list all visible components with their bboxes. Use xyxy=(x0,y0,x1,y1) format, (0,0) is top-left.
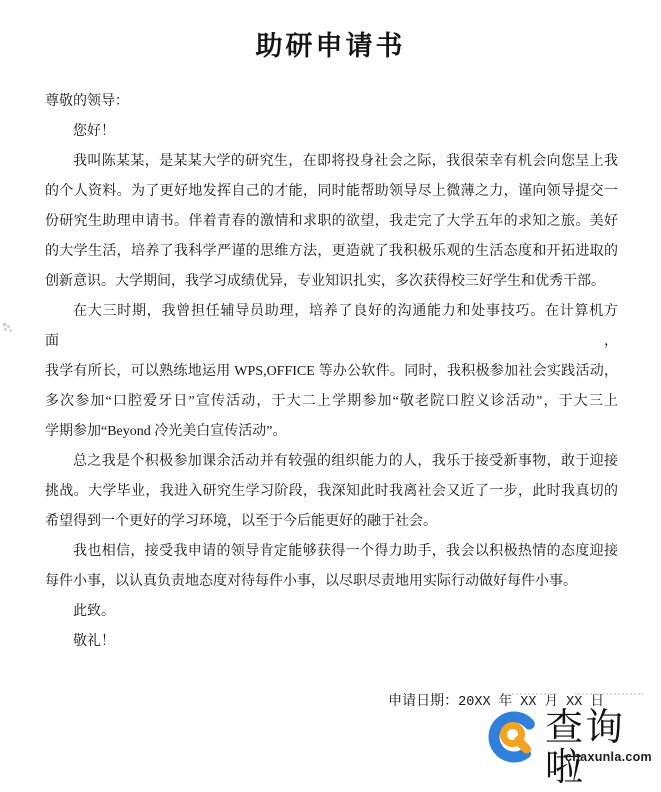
greeting: 您好！ xyxy=(45,117,618,147)
scan-artifact xyxy=(3,323,6,326)
magnifier-icon xyxy=(488,711,542,767)
paragraph-line: 多次参加“口腔爱牙日”宣传活动，于大二上学期参加“敬老院口腔义诊活动”，于大三上 xyxy=(45,387,618,417)
document-title: 助研申请书 xyxy=(0,0,661,63)
paragraph-line: 学期参加“Beyond 冷光美白宣传活动”。 xyxy=(45,417,618,447)
paragraph-line: 份研究生助理申请书。伴着青春的激情和求职的欲望，我走完了大学五年的求知之旅。美好 xyxy=(45,207,618,237)
paragraph-line: 创新意识。大学期间，我学习成绩优异，专业知识扎实，多次获得校三好学生和优秀干部。 xyxy=(45,267,618,297)
logo-domain-text: chaxunla.com xyxy=(565,750,652,764)
paragraphs: 我叫陈某某，是某某大学的研究生，在即将投身社会之际，我很荣幸有机会向您呈上我的个… xyxy=(45,147,618,597)
paragraph-line: 的大学生活，培养了我科学严谨的思维方法，更造就了我积极乐观的生活态度和开拓进取的 xyxy=(45,237,618,267)
paragraph-line: 挑战。大学毕业，我进入研究生学习阶段，我深知此时我离社会又近了一步，此时我真切的 xyxy=(45,477,618,507)
closing-jingli: 敬礼！ xyxy=(45,627,618,657)
paragraph-line: 我也相信，接受我申请的领导肯定能够获得一个得力助手，我会以积极热情的态度迎接 xyxy=(45,537,618,567)
paragraph-line: 在大三时期，我曾担任辅导员助理，培养了良好的沟通能力和处事技巧。在计算机方面， xyxy=(45,297,618,357)
paragraph-line: 的个人资料。为了更好地发挥自己的才能，同时能帮助领导尽上微薄之力，谨向领导提交一 xyxy=(45,177,618,207)
chaxunla-logo: 查询啦 chaxunla.com xyxy=(488,700,661,780)
paragraph-line: 每件小事，以认真负责地态度对待每件小事，以尽职尽责地用实际行动做好每件小事。 xyxy=(45,567,618,597)
closing-cizhi: 此致。 xyxy=(45,597,618,627)
blank-line xyxy=(45,657,618,687)
paragraph-line: 我叫陈某某，是某某大学的研究生，在即将投身社会之际，我很荣幸有机会向您呈上我 xyxy=(45,147,618,177)
paragraph-line: 我学有所长，可以熟练地运用 WPS,OFFICE 等办公软件。同时，我积极参加社… xyxy=(45,357,618,387)
watermark-remnant xyxy=(575,693,643,695)
paragraph-line: 希望得到一个更好的学习环境，以至于今后能更好的融于社会。 xyxy=(45,507,618,537)
letter-body: 尊敬的领导： 您好！ 我叫陈某某，是某某大学的研究生，在即将投身社会之际，我很荣… xyxy=(45,87,618,718)
document-page: 助研申请书 尊敬的领导： 您好！ 我叫陈某某，是某某大学的研究生，在即将投身社会… xyxy=(0,0,661,792)
paragraph-line: 总之我是个积极参加课余活动并有较强的组织能力的人，我乐于接受新事物，敢于迎接 xyxy=(45,447,618,477)
date-label: 申请日期： xyxy=(388,694,458,709)
salutation: 尊敬的领导： xyxy=(45,87,618,117)
logo-brand-text: 查询啦 xyxy=(545,708,661,788)
watermark-remnant xyxy=(505,693,557,695)
